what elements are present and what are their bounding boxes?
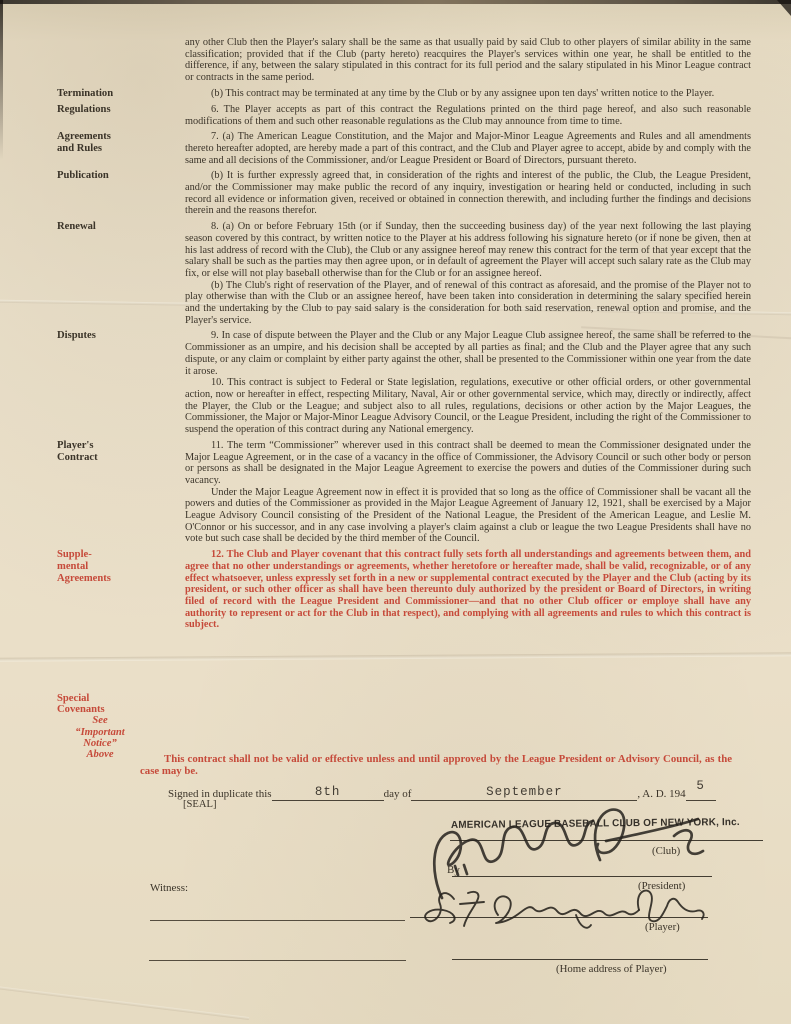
contract-section: any other Club then the Player's salary …	[57, 37, 751, 84]
month-typed-value: September	[411, 785, 637, 799]
contract-section: Agreementsand Rules7. (a) The American L…	[57, 131, 751, 166]
section-body: 7. (a) The American League Constitution,…	[185, 131, 751, 166]
year-blank: 5	[686, 784, 716, 801]
covenants-title-line: Covenants	[57, 704, 153, 715]
section-margin-label: Disputes	[57, 330, 185, 435]
day-of-label: day of	[384, 788, 412, 801]
section-body: any other Club then the Player's salary …	[185, 37, 751, 84]
signed-in-duplicate-row: Signed in duplicate this 8th day of Sept…	[168, 784, 748, 801]
contract-page: any other Club then the Player's salary …	[0, 0, 791, 1024]
seal-label: [SEAL]	[183, 799, 217, 810]
witness-line-2	[149, 960, 406, 961]
covenants-title-line: Special	[57, 693, 153, 704]
year-typed-value: 5	[686, 779, 716, 793]
section-margin-label: Renewal	[57, 221, 185, 326]
approval-notice: This contract shall not be valid or effe…	[140, 754, 732, 777]
section-margin-label: Termination	[57, 88, 185, 100]
special-covenants-note: SpecialCovenantsSee“ImportantNotice”Abov…	[57, 693, 153, 760]
covenants-note-line: Above	[57, 749, 143, 760]
section-body: 8. (a) On or before February 15th (or if…	[185, 221, 751, 326]
contract-section: Disputes9. In case of dispute between th…	[57, 330, 751, 435]
section-margin-label	[57, 37, 185, 84]
contract-section: Publication(b) It is further expressly a…	[57, 170, 751, 217]
contract-paragraph: (b) The Club's right of reservation of t…	[185, 280, 751, 327]
scan-edge-left	[0, 0, 3, 160]
contract-section: Supple-mentalAgreements12. The Club and …	[57, 549, 751, 631]
contract-paragraph: 7. (a) The American League Constitution,…	[185, 131, 751, 166]
section-body: 12. The Club and Player covenant that th…	[185, 549, 751, 631]
contract-paragraph: any other Club then the Player's salary …	[185, 37, 751, 84]
scan-corner-top-right	[777, 0, 791, 16]
section-body: 9. In case of dispute between the Player…	[185, 330, 751, 435]
witness-line-1	[150, 920, 405, 921]
contract-paragraph: 9. In case of dispute between the Player…	[185, 330, 751, 377]
section-body: 11. The term “Commissioner” wherever use…	[185, 440, 751, 545]
home-address-line	[452, 959, 708, 960]
contract-paragraph: 10. This contract is subject to Federal …	[185, 377, 751, 436]
section-margin-label: Player'sContract	[57, 440, 185, 545]
section-body: (b) It is further expressly agreed that,…	[185, 170, 751, 217]
player-signature-ink	[400, 884, 712, 942]
contract-sections: any other Club then the Player's salary …	[57, 37, 751, 635]
contract-paragraph: Under the Major League Agreement now in …	[185, 487, 751, 546]
contract-paragraph: 11. The term “Commissioner” wherever use…	[185, 440, 751, 487]
section-body: 6. The Player accepts as part of this co…	[185, 104, 751, 127]
contract-section: Regulations6. The Player accepts as part…	[57, 104, 751, 127]
section-body: (b) This contract may be terminated at a…	[185, 88, 751, 100]
contract-section: Player'sContract11. The term “Commission…	[57, 440, 751, 545]
paper-crease	[0, 983, 249, 1020]
section-margin-label: Supple-mentalAgreements	[57, 549, 185, 631]
witness-label: Witness:	[150, 882, 188, 894]
contract-paragraph: 6. The Player accepts as part of this co…	[185, 104, 751, 127]
contract-section: Renewal8. (a) On or before February 15th…	[57, 221, 751, 326]
contract-paragraph: 12. The Club and Player covenant that th…	[185, 549, 751, 631]
day-typed-value: 8th	[272, 785, 384, 799]
month-blank: September	[411, 784, 637, 801]
paper-crease	[0, 652, 791, 662]
day-blank: 8th	[272, 784, 384, 801]
home-address-label: (Home address of Player)	[556, 963, 667, 975]
covenants-note-line: “Important	[57, 727, 143, 738]
contract-paragraph: 8. (a) On or before February 15th (or if…	[185, 221, 751, 280]
section-margin-label: Regulations	[57, 104, 185, 127]
section-margin-label: Publication	[57, 170, 185, 217]
covenants-note-line: Notice”	[57, 738, 143, 749]
contract-section: Termination(b) This contract may be term…	[57, 88, 751, 100]
scan-edge-top	[0, 0, 791, 4]
contract-paragraph: (b) This contract may be terminated at a…	[185, 88, 751, 100]
contract-paragraph: (b) It is further expressly agreed that,…	[185, 170, 751, 217]
covenants-note-line: See	[57, 715, 143, 726]
section-margin-label: Agreementsand Rules	[57, 131, 185, 166]
